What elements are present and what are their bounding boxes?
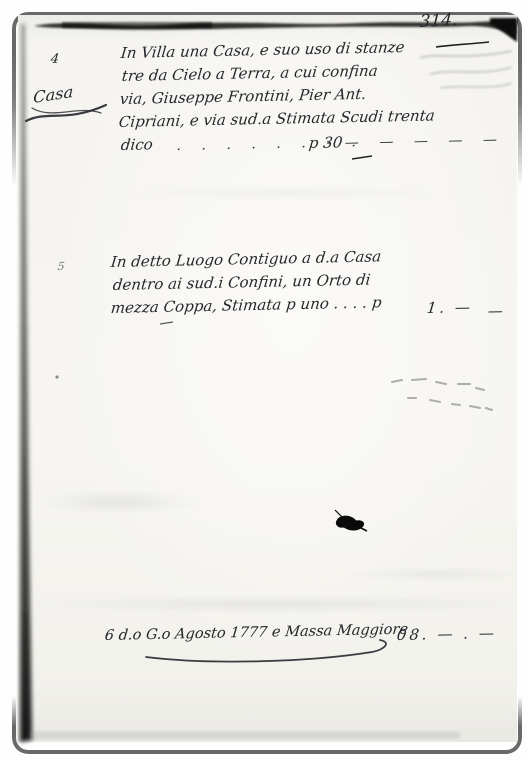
entry-2-amount: 1. — xyxy=(426,298,474,317)
margin-entry-number-2: 5 xyxy=(57,260,65,273)
footer-amount: 08. — . — xyxy=(396,624,498,644)
entry-1-amount: p 30 xyxy=(308,133,343,152)
scanned-manuscript: 314. 4 Casa 5 In Villa una Casa, e suo u… xyxy=(0,0,530,760)
paper-smudge xyxy=(38,595,518,613)
paper-smudge xyxy=(348,567,518,581)
entry-2-amount-dash: — xyxy=(487,302,504,320)
folio-number: 314. xyxy=(419,10,458,32)
paper-smudge xyxy=(138,185,438,201)
paper-smudge xyxy=(40,489,200,515)
entry-1-amount-dashes: — — — — — xyxy=(344,132,506,151)
entry-1-line-5: dico xyxy=(120,135,154,154)
margin-entry-number-1: 4 xyxy=(50,52,60,67)
